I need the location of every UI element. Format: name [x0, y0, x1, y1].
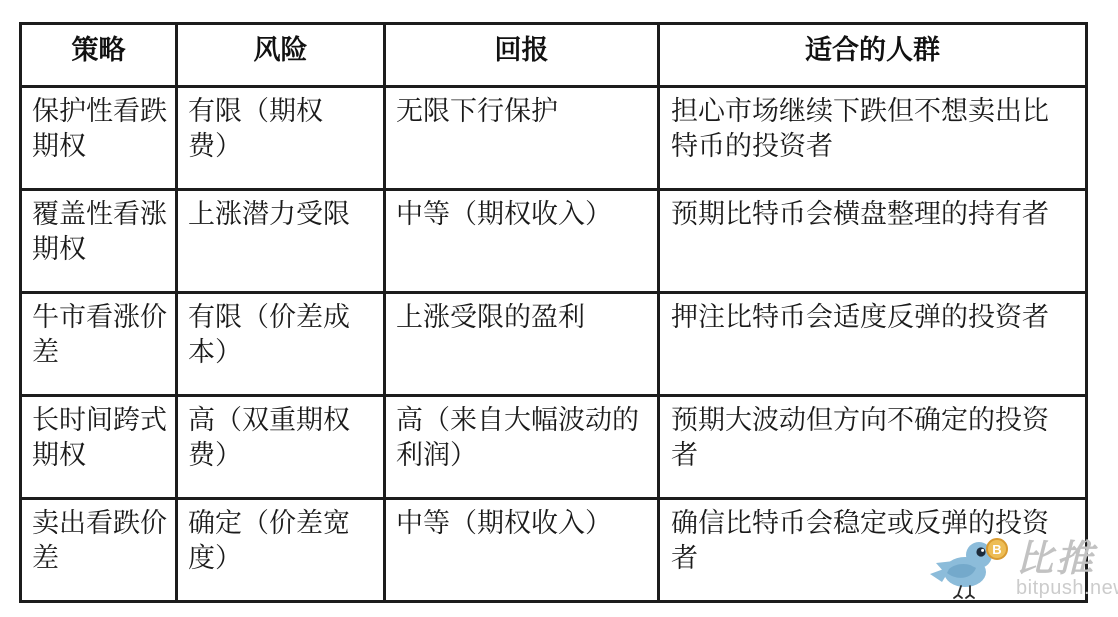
- cell-audience: 预期比特币会横盘整理的持有者: [659, 190, 1087, 293]
- cell-reward: 高（来自大幅波动的利润）: [385, 396, 659, 499]
- column-header-audience: 适合的人群: [659, 24, 1087, 87]
- table-row: 卖出看跌价差 确定（价差宽度） 中等（期权收入） 确信比特币会稳定或反弹的投资者: [21, 499, 1087, 602]
- cell-strategy: 长时间跨式期权: [21, 396, 177, 499]
- column-header-strategy: 策略: [21, 24, 177, 87]
- table-body: 保护性看跌期权 有限（期权费） 无限下行保护 担心市场继续下跌但不想卖出比特币的…: [21, 87, 1087, 602]
- cell-audience: 确信比特币会稳定或反弹的投资者: [659, 499, 1087, 602]
- cell-audience: 担心市场继续下跌但不想卖出比特币的投资者: [659, 87, 1087, 190]
- column-header-risk: 风险: [177, 24, 385, 87]
- column-header-reward: 回报: [385, 24, 659, 87]
- cell-reward: 上涨受限的盈利: [385, 293, 659, 396]
- cell-risk: 高（双重期权费）: [177, 396, 385, 499]
- cell-risk: 有限（价差成本）: [177, 293, 385, 396]
- table-row: 保护性看跌期权 有限（期权费） 无限下行保护 担心市场继续下跌但不想卖出比特币的…: [21, 87, 1087, 190]
- table-row: 长时间跨式期权 高（双重期权费） 高（来自大幅波动的利润） 预期大波动但方向不确…: [21, 396, 1087, 499]
- cell-reward: 中等（期权收入）: [385, 190, 659, 293]
- cell-risk: 上涨潜力受限: [177, 190, 385, 293]
- page: 策略 风险 回报 适合的人群 保护性看跌期权 有限（期权费） 无限下行保护 担心…: [0, 0, 1118, 617]
- options-strategy-table: 策略 风险 回报 适合的人群 保护性看跌期权 有限（期权费） 无限下行保护 担心…: [19, 22, 1088, 603]
- cell-risk: 确定（价差宽度）: [177, 499, 385, 602]
- cell-strategy: 保护性看跌期权: [21, 87, 177, 190]
- cell-strategy: 卖出看跌价差: [21, 499, 177, 602]
- table-row: 牛市看涨价差 有限（价差成本） 上涨受限的盈利 押注比特币会适度反弹的投资者: [21, 293, 1087, 396]
- cell-audience: 预期大波动但方向不确定的投资者: [659, 396, 1087, 499]
- table-row: 覆盖性看涨期权 上涨潜力受限 中等（期权收入） 预期比特币会横盘整理的持有者: [21, 190, 1087, 293]
- cell-risk: 有限（期权费）: [177, 87, 385, 190]
- cell-strategy: 覆盖性看涨期权: [21, 190, 177, 293]
- cell-reward: 无限下行保护: [385, 87, 659, 190]
- cell-reward: 中等（期权收入）: [385, 499, 659, 602]
- cell-audience: 押注比特币会适度反弹的投资者: [659, 293, 1087, 396]
- header-row: 策略 风险 回报 适合的人群: [21, 24, 1087, 87]
- cell-strategy: 牛市看涨价差: [21, 293, 177, 396]
